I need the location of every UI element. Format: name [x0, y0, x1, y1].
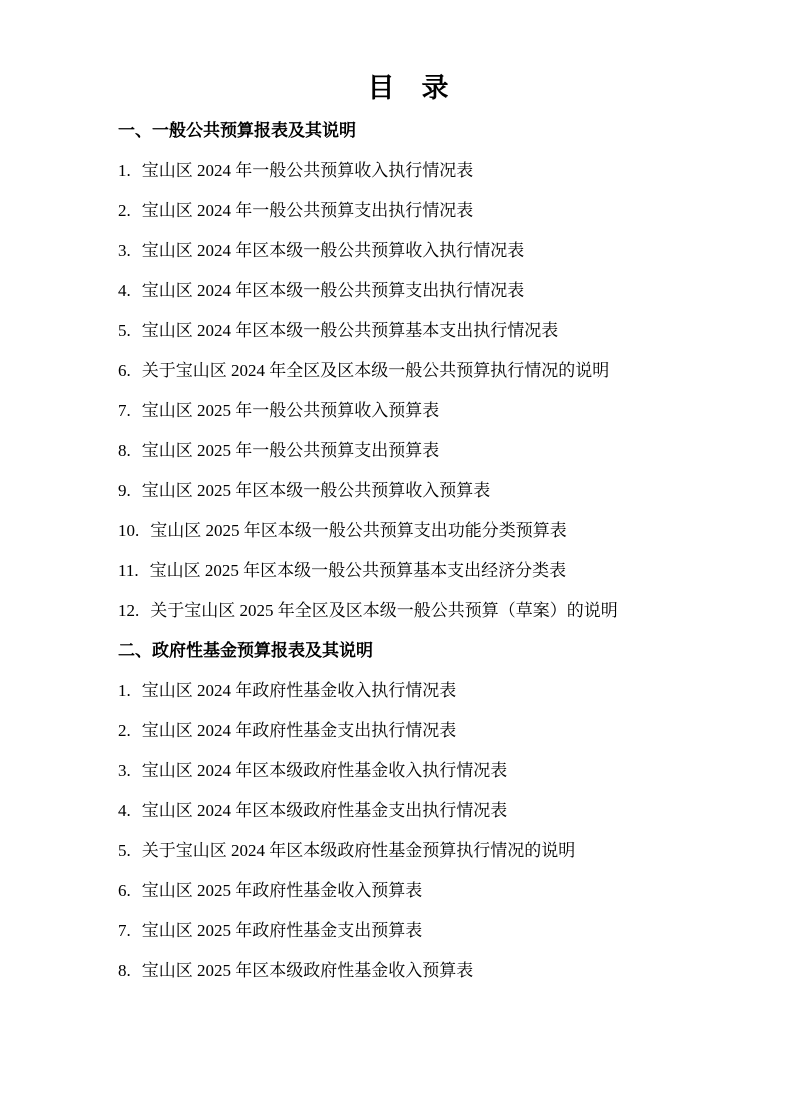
toc-item-number: 7.	[118, 911, 131, 951]
toc-item: 1.宝山区 2024 年政府性基金收入执行情况表	[118, 671, 698, 711]
toc-item-title: 关于宝山区 2025 年全区及区本级一般公共预算（草案）的说明	[150, 601, 618, 620]
toc-item-number: 6.	[118, 871, 131, 911]
toc-item: 2.宝山区 2024 年一般公共预算支出执行情况表	[118, 191, 698, 231]
toc-item-number: 3.	[118, 751, 131, 791]
toc-item-number: 4.	[118, 271, 131, 311]
toc-item: 2.宝山区 2024 年政府性基金支出执行情况表	[118, 711, 698, 751]
section-heading: 一、一般公共预算报表及其说明	[118, 111, 698, 151]
toc-item: 8.宝山区 2025 年区本级政府性基金收入预算表	[118, 951, 698, 991]
toc-item-number: 12.	[118, 591, 139, 631]
toc-item-title: 宝山区 2024 年一般公共预算收入执行情况表	[142, 161, 474, 180]
toc-item-number: 5.	[118, 831, 131, 871]
toc-item-number: 2.	[118, 191, 131, 231]
toc-item-title: 宝山区 2024 年政府性基金支出执行情况表	[142, 721, 457, 740]
toc-item-number: 6.	[118, 351, 131, 391]
toc-item: 3.宝山区 2024 年区本级政府性基金收入执行情况表	[118, 751, 698, 791]
toc-item: 7.宝山区 2025 年政府性基金支出预算表	[118, 911, 698, 951]
toc-item: 4.宝山区 2024 年区本级一般公共预算支出执行情况表	[118, 271, 698, 311]
toc-item-title: 宝山区 2024 年区本级政府性基金收入执行情况表	[142, 761, 508, 780]
toc-item: 6.关于宝山区 2024 年全区及区本级一般公共预算执行情况的说明	[118, 351, 698, 391]
toc-item-title: 宝山区 2024 年政府性基金收入执行情况表	[142, 681, 457, 700]
toc-item-title: 宝山区 2024 年区本级一般公共预算收入执行情况表	[142, 241, 525, 260]
toc-item-number: 3.	[118, 231, 131, 271]
toc-list: 一、一般公共预算报表及其说明1.宝山区 2024 年一般公共预算收入执行情况表2…	[118, 111, 698, 991]
toc-item-title: 宝山区 2025 年区本级政府性基金收入预算表	[142, 961, 474, 980]
toc-item-number: 8.	[118, 431, 131, 471]
toc-item-title: 宝山区 2025 年一般公共预算收入预算表	[142, 401, 440, 420]
toc-item: 1.宝山区 2024 年一般公共预算收入执行情况表	[118, 151, 698, 191]
page-title: 目 录	[118, 68, 698, 108]
toc-item-title: 宝山区 2025 年区本级一般公共预算基本支出经济分类表	[150, 561, 567, 580]
toc-item: 11.宝山区 2025 年区本级一般公共预算基本支出经济分类表	[118, 551, 698, 591]
toc-item-title: 关于宝山区 2024 年全区及区本级一般公共预算执行情况的说明	[142, 361, 610, 380]
toc-item-number: 11.	[118, 551, 139, 591]
toc-item-title: 宝山区 2025 年政府性基金收入预算表	[142, 881, 423, 900]
toc-item-title: 宝山区 2024 年区本级一般公共预算基本支出执行情况表	[142, 321, 559, 340]
toc-page: 目 录 一、一般公共预算报表及其说明1.宝山区 2024 年一般公共预算收入执行…	[0, 0, 794, 1093]
toc-item-number: 2.	[118, 711, 131, 751]
toc-item-title: 宝山区 2024 年区本级一般公共预算支出执行情况表	[142, 281, 525, 300]
toc-item: 8.宝山区 2025 年一般公共预算支出预算表	[118, 431, 698, 471]
toc-item-number: 10.	[118, 511, 139, 551]
toc-item-title: 关于宝山区 2024 年区本级政府性基金预算执行情况的说明	[142, 841, 576, 860]
toc-item-title: 宝山区 2024 年一般公共预算支出执行情况表	[142, 201, 474, 220]
toc-item: 9.宝山区 2025 年区本级一般公共预算收入预算表	[118, 471, 698, 511]
toc-item-number: 4.	[118, 791, 131, 831]
toc-item-title: 宝山区 2025 年一般公共预算支出预算表	[142, 441, 440, 460]
toc-item-title: 宝山区 2025 年区本级一般公共预算支出功能分类预算表	[150, 521, 567, 540]
toc-item-number: 5.	[118, 311, 131, 351]
toc-item-title: 宝山区 2025 年区本级一般公共预算收入预算表	[142, 481, 491, 500]
toc-item-number: 1.	[118, 671, 131, 711]
toc-item-number: 8.	[118, 951, 131, 991]
toc-item-number: 7.	[118, 391, 131, 431]
toc-item: 6.宝山区 2025 年政府性基金收入预算表	[118, 871, 698, 911]
toc-item: 5.关于宝山区 2024 年区本级政府性基金预算执行情况的说明	[118, 831, 698, 871]
toc-item-number: 1.	[118, 151, 131, 191]
toc-item: 4.宝山区 2024 年区本级政府性基金支出执行情况表	[118, 791, 698, 831]
toc-item-title: 宝山区 2025 年政府性基金支出预算表	[142, 921, 423, 940]
toc-item-title: 宝山区 2024 年区本级政府性基金支出执行情况表	[142, 801, 508, 820]
toc-item: 5.宝山区 2024 年区本级一般公共预算基本支出执行情况表	[118, 311, 698, 351]
toc-item: 7.宝山区 2025 年一般公共预算收入预算表	[118, 391, 698, 431]
toc-item: 12.关于宝山区 2025 年全区及区本级一般公共预算（草案）的说明	[118, 591, 698, 631]
toc-item: 3.宝山区 2024 年区本级一般公共预算收入执行情况表	[118, 231, 698, 271]
section-heading: 二、政府性基金预算报表及其说明	[118, 631, 698, 671]
toc-item-number: 9.	[118, 471, 131, 511]
toc-item: 10.宝山区 2025 年区本级一般公共预算支出功能分类预算表	[118, 511, 698, 551]
